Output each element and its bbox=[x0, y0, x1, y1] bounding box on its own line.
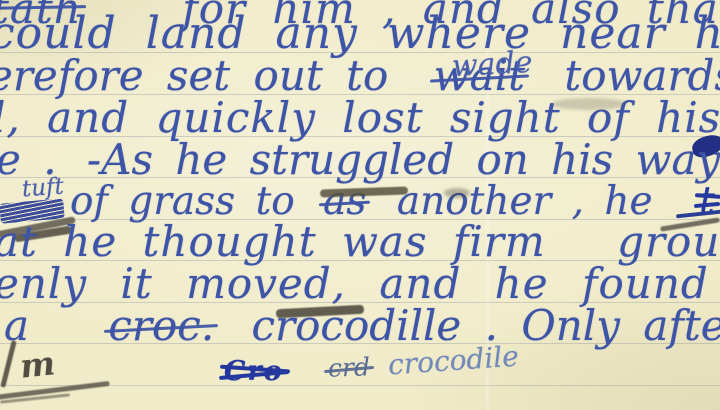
handwriting-text: towards a bbox=[564, 55, 720, 97]
crossed-word: crd bbox=[328, 354, 371, 380]
handwriting-line-8: enly it moved, and he found bbox=[0, 263, 709, 305]
handwriting-text: of grass to bbox=[70, 182, 295, 221]
handwriting-line-5: e . -As he struggled on his way fro bbox=[0, 139, 720, 181]
inserted-correction-word: tuft bbox=[21, 176, 64, 202]
crossed-out-word: crd bbox=[328, 354, 371, 380]
handwriting-text: a bbox=[4, 305, 29, 347]
handwriting-line-2: could land any where near him bbox=[0, 12, 720, 56]
handwriting-line-3: erefore set out to wait towards a bbox=[0, 55, 720, 97]
handwriting-text: groun bbox=[617, 221, 720, 263]
handwriting-text: enly it moved, and he found bbox=[0, 263, 709, 305]
handwriting-text: could land any where near him bbox=[0, 12, 720, 56]
handwritten-page: tath for him , and also that no could la… bbox=[0, 0, 720, 410]
handwriting-line-7: at he thought was firm groun bbox=[0, 221, 720, 263]
pencil-annotation: m bbox=[18, 346, 56, 382]
smudge-mark bbox=[552, 98, 626, 110]
crossed-word: croc. bbox=[108, 305, 214, 347]
handwriting-line-9: a croc. crocodille . Only afte bbox=[4, 305, 720, 347]
crossed-out-word: Cro bbox=[224, 358, 284, 385]
crossed-word: Cro bbox=[224, 358, 284, 385]
handwriting-text: at he thought was firm bbox=[0, 221, 546, 263]
handwriting-text: . Only afte bbox=[485, 305, 720, 347]
handwriting-text: erefore set out to bbox=[0, 55, 388, 97]
smudge-mark bbox=[444, 188, 470, 198]
handwriting-text: -As he struggled on his way fro bbox=[87, 139, 720, 181]
handwriting-text: crocodille bbox=[252, 305, 462, 347]
inserted-correction-word: wade bbox=[451, 48, 533, 82]
handwriting-text: another , he bbox=[397, 182, 653, 221]
rewritten-word: crocodile bbox=[387, 342, 520, 379]
